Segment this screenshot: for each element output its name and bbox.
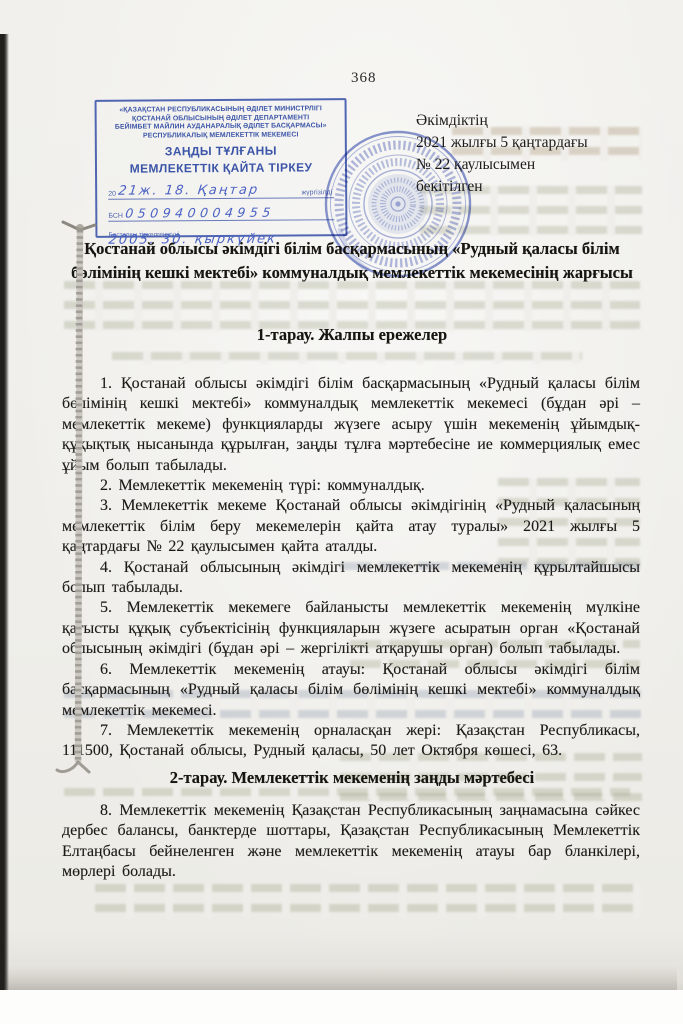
binding-thread-icon [55,214,101,780]
paragraph-2: 2. Мемлекеттік мекеменің түрі: коммуналд… [62,476,640,496]
stamp-date-prefix: 20 [108,191,116,199]
paragraph-3: 3. Мемлекеттік мекеме Қостанай облысы әк… [62,496,640,557]
stamp-heading: МЕМЛЕКЕТТІК ҚАЙТА ТІРКЕУ [101,161,341,176]
stamp-handwritten-bin: 050940004955 [124,206,275,221]
chapter-2-body: 8. Мемлекеттік мекеменің Қазақстан Респу… [62,801,640,883]
paragraph-7: 7. Мемлекеттік мекеменің орналасқан жері… [62,721,640,762]
registration-stamp: «ҚАЗАҚСТАН РЕСПУБЛИКАСЫНЫҢ ӘДІЛЕТ МИНИСТ… [95,98,348,238]
stamp-heading: ЗАҢДЫ ТҰЛҒАНЫ [101,144,341,159]
stamp-bin-label: БСН [108,213,123,221]
chapter-1-heading: 1-тарау. Жалпы ережелер [60,325,644,345]
paragraph-6: 6. Мемлекеттік мекеменің атауы: Қостанай… [62,660,640,721]
stamp-bin-row: БСН 050940004955 [108,200,334,222]
chapter-1-body: 1. Қостанай облысы әкімдігі білім басқар… [62,374,640,762]
paragraph-8: 8. Мемлекеттік мекеменің Қазақстан Респу… [62,801,640,883]
stamp-date-row: 20 21ж. 18. Қаңтар жүргізілді [108,178,334,200]
stamp-org-line: БЕЙІМБЕТ МАЙЛИН АУДАНАРАЛЫҚ ӘДІЛЕТ БАСҚА… [101,122,341,132]
paragraph-5: 5. Мемлекеттік мекемеге байланысты мемле… [62,598,640,659]
paragraph-1: 1. Қостанай облысы әкімдігі білім басқар… [62,374,640,476]
stamp-handwritten-initial-date: 2005. 30. қыркүйек [108,233,278,248]
page-number: 368 [351,70,377,87]
page-bottom-shadow [6,966,677,990]
scan-edge-shadow [0,34,9,990]
official-seal-icon [310,116,486,292]
stamp-handwritten-date: 21ж. 18. Қаңтар [117,184,260,199]
stamp-org-line: РЕСПУБЛИКАЛЫҚ МЕМЛЕКЕТТІК МЕКЕМЕСІ [101,131,341,141]
paragraph-4: 4. Қостанай облысының әкімдігі мемлекетт… [62,558,640,599]
approval-line: Әкімдіктің [416,110,588,132]
stamp-initial-reg-row: Бастапқы тіркелген күні 2005. 30. қыркүй… [108,222,334,250]
chapter-2-heading: 2-тарау. Мемлекеттік мекеменің заңды мәр… [60,768,644,788]
